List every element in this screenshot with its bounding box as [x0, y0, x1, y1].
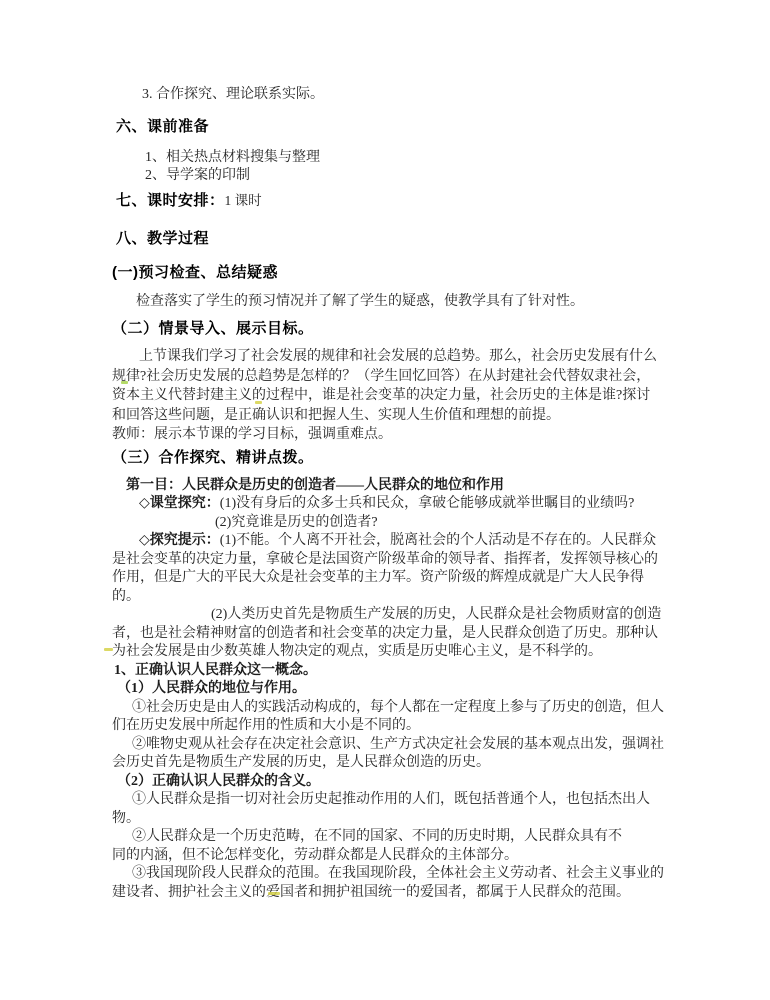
- section-6-heading: 六、课前准备: [112, 116, 664, 137]
- preparation-list: 1、相关热点材料搜集与整理 2、导学案的印制: [112, 149, 664, 186]
- step-3-heading: （三）合作探究、精讲点拨。: [112, 448, 664, 468]
- sub-1-item-2: ②唯物史观从社会存在决定社会意识、生产方式决定社会发展的基本观点出发，强调社会历…: [112, 736, 664, 773]
- proofing-mark-3: [104, 648, 113, 651]
- explore-hint-label: ◇探究提示：: [139, 533, 220, 548]
- proofing-mark-4: [268, 892, 280, 895]
- document-page: 3. 合作探究、理论联系实际。 六、课前准备 1、相关热点材料搜集与整理 2、导…: [0, 0, 770, 1000]
- class-explore-line: ◇课堂探究：(1)没有身后的众多士兵和民众，拿破仑能够成就举世瞩目的业绩吗?: [112, 495, 664, 514]
- proofing-mark-1: [121, 381, 128, 384]
- section-8-heading: 八、教学过程: [112, 228, 664, 249]
- sub-2-item-2: ②人民群众是一个历史范畴，在不同的国家、不同的历史时期，人民群众具有不 同的内涵…: [112, 828, 664, 865]
- sub-2-heading: （2）正确认识人民群众的含义。: [112, 773, 664, 792]
- step-2-body: 上节课我们学习了社会发展的规律和社会发展的总趋势。那么，社会历史发展有什么规律?…: [112, 347, 664, 425]
- point-1-heading: 1、正确认识人民群众这一概念。: [112, 662, 664, 681]
- proofing-mark-2: [255, 401, 262, 404]
- class-explore-label: ◇课堂探究：: [139, 496, 220, 511]
- preparation-item-1: 1、相关热点材料搜集与整理: [112, 149, 664, 168]
- schedule-label: 七、课时安排：: [116, 192, 225, 209]
- schedule-value: 1 课时: [225, 193, 262, 208]
- explore-hint-line: ◇探究提示：(1)不能。个人离不开社会，脱离社会的个人活动是不存在的。人民群众是…: [112, 532, 664, 606]
- section-7-heading: 七、课时安排：1 课时: [112, 190, 664, 211]
- sub-2-item-3: ③我国现阶段人民群众的范围。在我国现阶段，全体社会主义劳动者、社会主义事业的建设…: [112, 865, 664, 902]
- topic-1-block: 第一目：人民群众是历史的创造者——人民群众的地位和作用 ◇课堂探究：(1)没有身…: [112, 477, 664, 903]
- step-1-body: 检查落实了学生的预习情况并了解了学生的疑惑，使教学具有了针对性。: [112, 292, 664, 312]
- teacher-note: 教师：展示本节课的学习目标，强调重难点。: [112, 425, 664, 445]
- preparation-item-2: 2、导学案的印制: [112, 167, 664, 186]
- step-2-heading: （二）情景导入、展示目标。: [112, 319, 664, 339]
- explore-hint-answer-2: (2)人类历史首先是物质生产发展的历史，人民群众是社会物质财富的创造者，也是社会…: [112, 606, 664, 662]
- class-explore-question-1: (1)没有身后的众多士兵和民众，拿破仑能够成就举世瞩目的业绩吗?: [220, 496, 635, 511]
- sub-1-heading: （1）人民群众的地位与作用。: [112, 680, 664, 699]
- sub-1-item-1: ①社会历史是由人的实践活动构成的，每个人都在一定程度上参与了历史的创造，但人们在…: [112, 699, 664, 736]
- sub-2-item-1: ①人民群众是指一切对社会历史起推动作用的人们，既包括普通个人，也包括杰出人物。: [112, 791, 664, 828]
- class-explore-question-2: (2)究竟谁是历史的创造者?: [112, 514, 664, 533]
- step-1-heading: (一)预习检查、总结疑惑: [112, 263, 664, 283]
- topic-1-title: 第一目：人民群众是历史的创造者——人民群众的地位和作用: [112, 477, 664, 496]
- teaching-method-item-3: 3. 合作探究、理论联系实际。: [112, 86, 664, 105]
